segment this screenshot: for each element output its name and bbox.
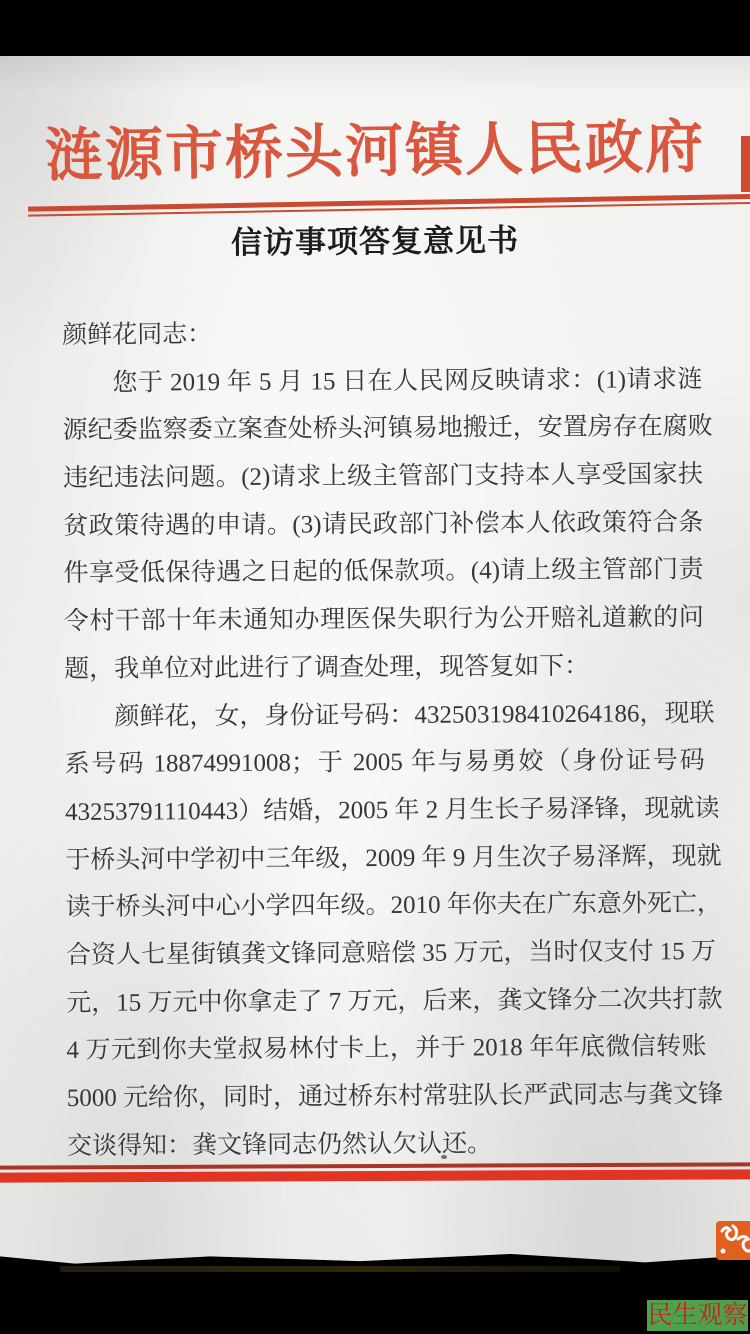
body-line: 颜鲜花，女，身份证号码：432503198410264186，现联 [64, 690, 704, 742]
paper-speck [441, 1155, 447, 1159]
photo-of-document: { "colors": { "accent_red": "#d8573e", "… [0, 0, 750, 1334]
edge-red-mark [741, 136, 750, 192]
body-text: 颜鲜花同志：您于 2019 年 5 月 15 日在人民网反映请求：(1)请求涟源… [62, 308, 707, 1170]
bottom-double-rule [0, 1162, 750, 1182]
body-line: 令村干部十年未通知办理医保失职行为公开赔礼道歉的问 [64, 594, 704, 646]
body-line: 违纪违法问题。(2)请求上级主管部门支持本人享受国家扶 [63, 451, 703, 503]
channel-watermark: 民生观察 [647, 1300, 748, 1331]
body-line: 系号码 18874991008；于 2005 年与易勇姣（身份证号码 [65, 737, 705, 789]
document-title: 信访事项答复意见书 [0, 217, 750, 268]
body-line: 5000 元给你，同时，通过桥东村常驻队长严武同志与龚文锋 [67, 1071, 707, 1123]
body-line: 读于桥头河中心小学四年级。2010 年你夫在广东意外死亡， [65, 880, 705, 932]
body-line: 43253791110443）结婚，2005 年 2 月生长子易泽锋，现就读 [65, 785, 705, 837]
body-line: 题，我单位对此进行了调查处理，现答复如下： [64, 642, 704, 694]
body-line: 于桥头河中学初中三年级，2009 年 9 月生次子易泽辉，现就 [65, 833, 705, 885]
agency-title: 涟源市桥头河镇人民政府 [14, 105, 735, 199]
body-line: 4 万元到你夫堂叔易林付卡上，并于 2018 年年底微信转账 [66, 1023, 706, 1075]
desk-shadow [60, 1266, 620, 1272]
orange-video-logo-icon [716, 1221, 750, 1260]
body-line: 元，15 万元中你拿走了 7 万元，后来，龚文锋分二次共打款 [66, 976, 706, 1028]
body-line: 合资人七星街镇龚文锋同意赔偿 35 万元，当时仅支付 15 万 [66, 928, 706, 980]
body-line: 您于 2019 年 5 月 15 日在人民网反映请求：(1)请求涟 [62, 356, 702, 408]
body-line: 贫政策待遇的申请。(3)请民政部门补偿本人依政策符合条 [63, 499, 703, 551]
body-line: 颜鲜花同志： [62, 308, 702, 360]
body-line: 件享受低保待遇之日起的低保款项。(4)请上级主管部门责 [63, 547, 703, 599]
body-line: 源纪委监察委立案查处桥头河镇易地搬迁，安置房存在腐败 [63, 403, 703, 455]
